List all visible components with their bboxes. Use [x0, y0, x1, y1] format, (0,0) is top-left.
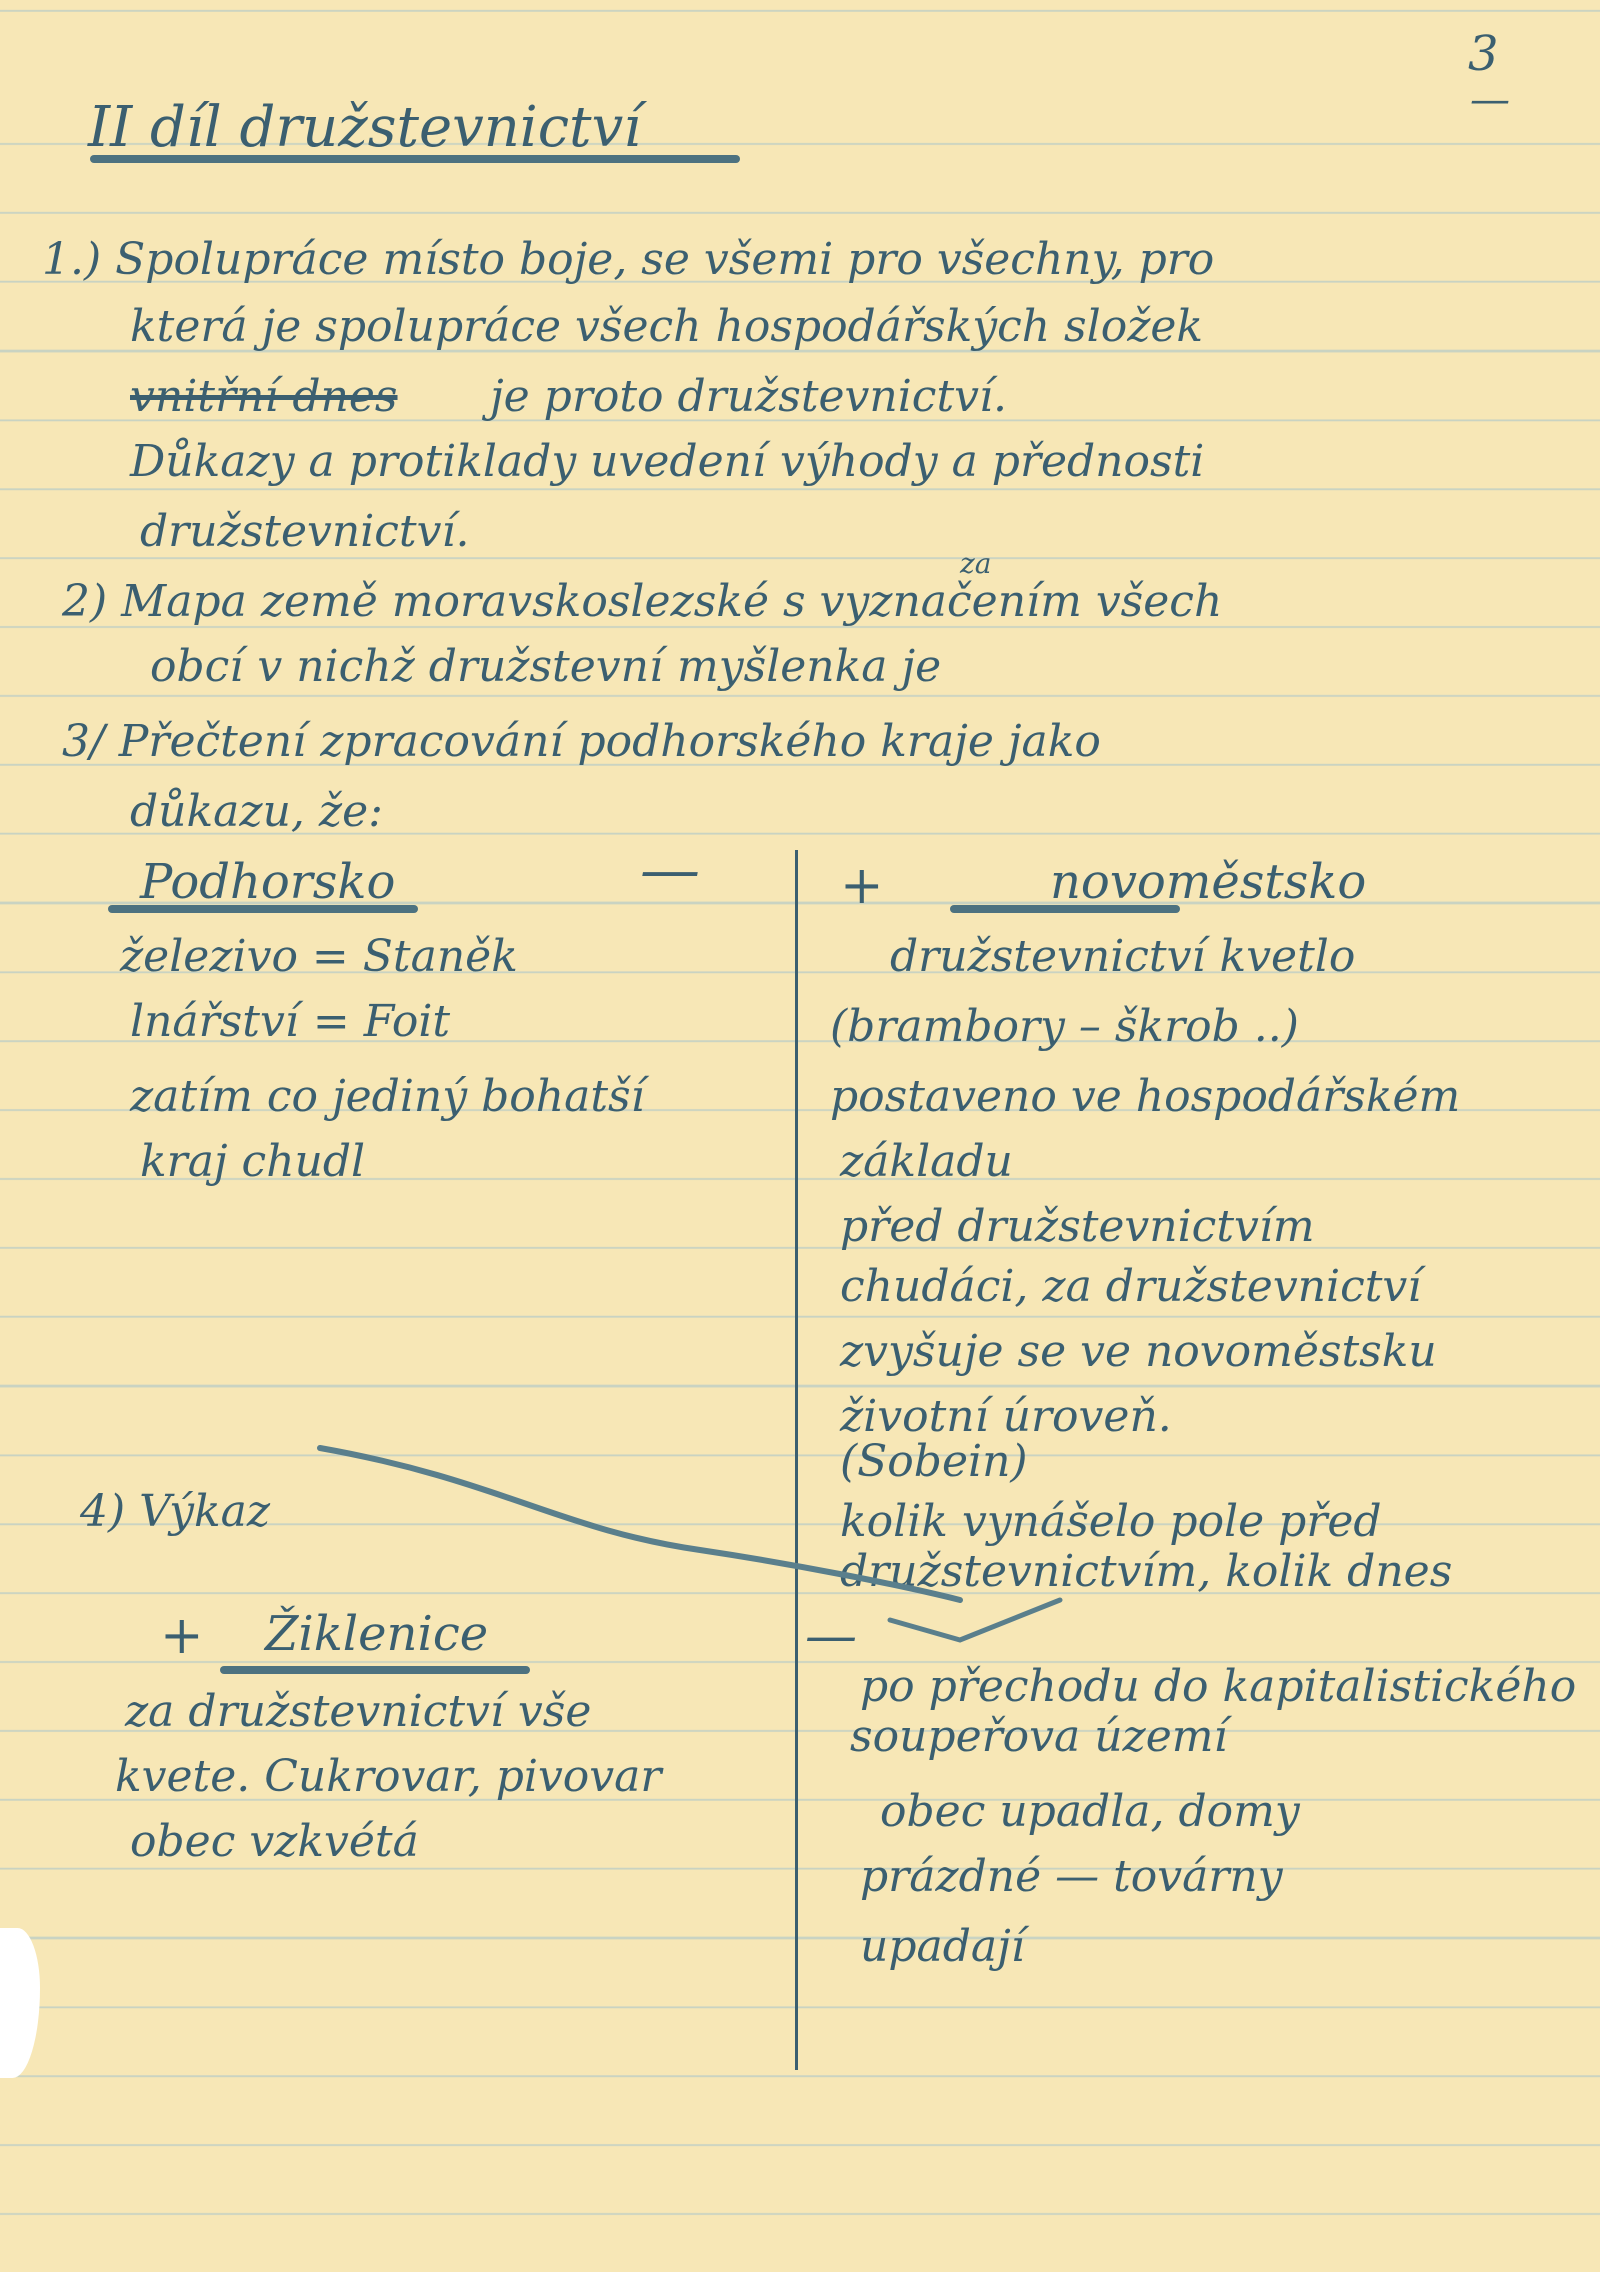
text-line: obec upadla, domy: [880, 1790, 1300, 1834]
text-line: za družstevnictví vše: [125, 1690, 591, 1734]
text-line: po přechodu do kapitalistického: [860, 1665, 1576, 1709]
text-line: upadají: [860, 1925, 1025, 1969]
column-title: Žiklenice: [265, 1610, 488, 1658]
manuscript-page: 3 — II díl družstevnictví 1.) Spolupráce…: [0, 0, 1600, 2272]
connector-line: [0, 0, 1600, 2272]
text-line: soupeřova území: [850, 1715, 1228, 1759]
title-underline: [220, 1666, 530, 1674]
text-line: kvete. Cukrovar, pivovar: [115, 1755, 661, 1799]
section-label: 4) Výkaz: [80, 1490, 270, 1534]
text-line: prázdné — továrny: [860, 1855, 1283, 1899]
text-line: obec vzkvétá: [130, 1820, 419, 1864]
minus-sign: —: [805, 1610, 857, 1662]
plus-sign: +: [160, 1610, 204, 1662]
